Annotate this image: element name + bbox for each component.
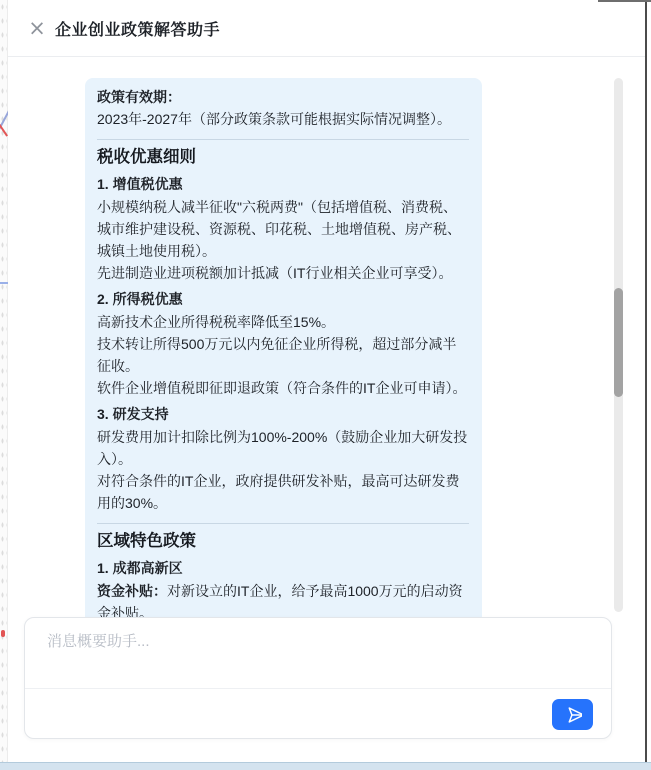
- message-block-h3: 3. 研发支持: [97, 403, 469, 425]
- close-icon[interactable]: ×: [26, 17, 48, 39]
- message-block-p: 小规模纳税人减半征收"六税两费"（包括增值税、消费税、城市维护建设税、资源税、印…: [97, 196, 469, 262]
- message-block-p-lead: 资金补贴：对新设立的IT企业，给予最高1000万元的启动资金补贴。: [97, 580, 469, 617]
- message-block-p: 研发费用加计扣除比例为100%-200%（鼓励企业加大研发投入）。: [97, 426, 469, 470]
- message-block-p: 高新技术企业所得税税率降低至15%。: [97, 311, 469, 333]
- scrollbar-track[interactable]: [614, 78, 623, 612]
- window-right-edge: [645, 0, 647, 763]
- message-block-p: 对符合条件的IT企业，政府提供研发补贴，最高可达研发费用的30%。: [97, 470, 469, 514]
- message-block-h2: 税收优惠细则: [97, 139, 469, 168]
- background-chart-fragment: [1, 630, 5, 637]
- message-block-p: 先进制造业进项税额加计抵减（IT行业相关企业可享受）。: [97, 262, 469, 284]
- message-block-p: 软件企业增值税即征即退政策（符合条件的IT企业可申请）。: [97, 377, 469, 399]
- window-bottom-edge: [0, 762, 651, 770]
- message-block-h2: 区域特色政策: [97, 523, 469, 552]
- message-input[interactable]: [25, 618, 611, 687]
- window-top-edge: [598, 0, 651, 2]
- send-icon: [564, 706, 582, 724]
- send-button[interactable]: [552, 699, 593, 730]
- message-list: 政策有效期：2023年-2027年（部分政策条款可能根据实际情况调整）。税收优惠…: [8, 58, 645, 617]
- message-block-p: 技术转让所得500万元以内免征企业所得税，超过部分减半征收。: [97, 333, 469, 377]
- composer: [24, 617, 612, 739]
- message-block-p-bold: 政策有效期：: [97, 86, 469, 108]
- message-block-h3: 1. 增值税优惠: [97, 173, 469, 195]
- composer-divider: [25, 688, 611, 689]
- scrollbar-thumb[interactable]: [614, 288, 623, 397]
- message-block-h3: 1. 成都高新区: [97, 557, 469, 579]
- assistant-panel: × 企业创业政策解答助手 政策有效期：2023年-2027年（部分政策条款可能根…: [8, 0, 645, 770]
- background-chart-fragment: [0, 282, 8, 284]
- panel-title: 企业创业政策解答助手: [55, 17, 220, 40]
- assistant-message-bubble: 政策有效期：2023年-2027年（部分政策条款可能根据实际情况调整）。税收优惠…: [85, 78, 482, 617]
- panel-header: × 企业创业政策解答助手: [8, 0, 645, 57]
- message-block-p: 2023年-2027年（部分政策条款可能根据实际情况调整）。: [97, 108, 469, 130]
- message-block-h3: 2. 所得税优惠: [97, 288, 469, 310]
